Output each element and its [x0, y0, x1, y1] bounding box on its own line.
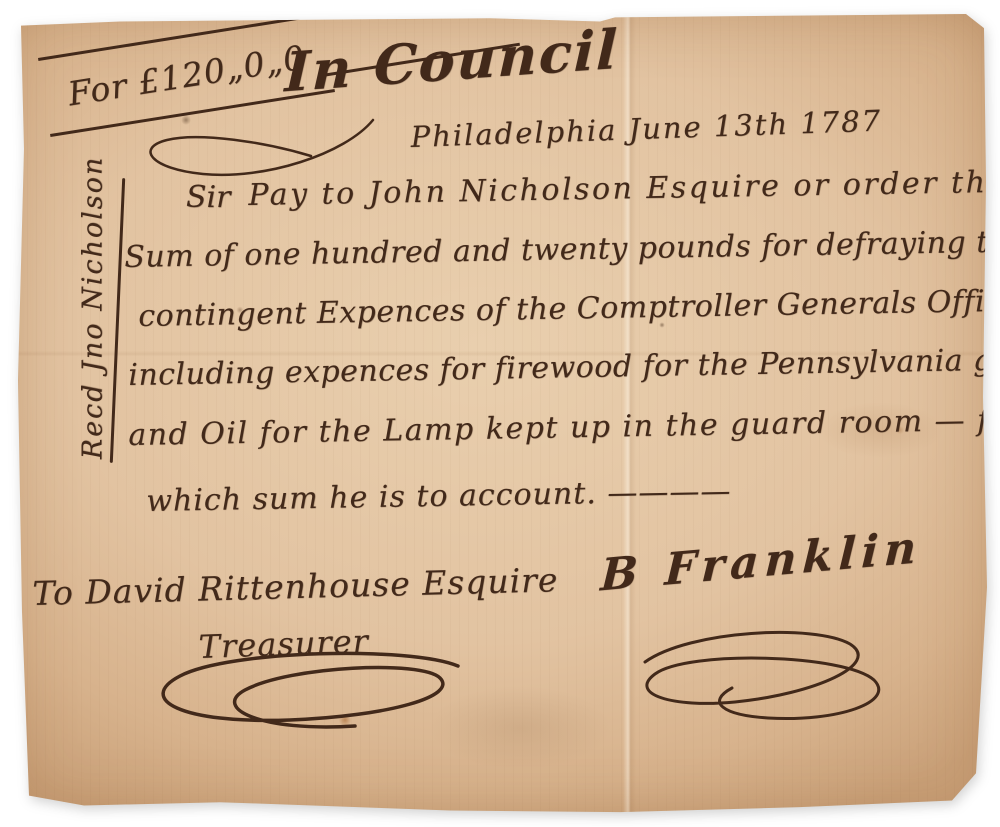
treasurer-flourish-icon	[140, 648, 470, 743]
endorsement-stroke	[110, 178, 125, 463]
margin-endorsement: Recd Jno Nicholson	[78, 153, 109, 463]
body-line: and Oil for the Lamp kept up in the guar…	[128, 402, 1000, 453]
document-scan: For £120„0„0 In Council Philadelphia Jun…	[0, 0, 1000, 827]
franklin-signature: B Franklin	[599, 522, 923, 602]
salutation: Sir	[186, 180, 231, 215]
addressee: To David Rittenhouse Esquire	[32, 560, 559, 613]
dateline: Philadelphia June 13th 1787	[410, 104, 883, 154]
heading: In Council	[284, 17, 620, 105]
body-line: including expences for firewood for the …	[128, 341, 1000, 393]
paper-sheet: For £120„0„0 In Council Philadelphia Jun…	[0, 0, 1000, 827]
body-line: Sum of one hundred and twenty pounds for…	[124, 224, 1000, 275]
body-line: which sum he is to account. ————	[146, 474, 732, 519]
margin-endorsement-text: Recd Jno Nicholson	[78, 156, 109, 460]
body-line: contingent Expences of the Comptroller G…	[138, 284, 1000, 334]
signature-flourish-icon	[610, 622, 910, 727]
amount-text: For £120„0„0	[65, 37, 308, 113]
